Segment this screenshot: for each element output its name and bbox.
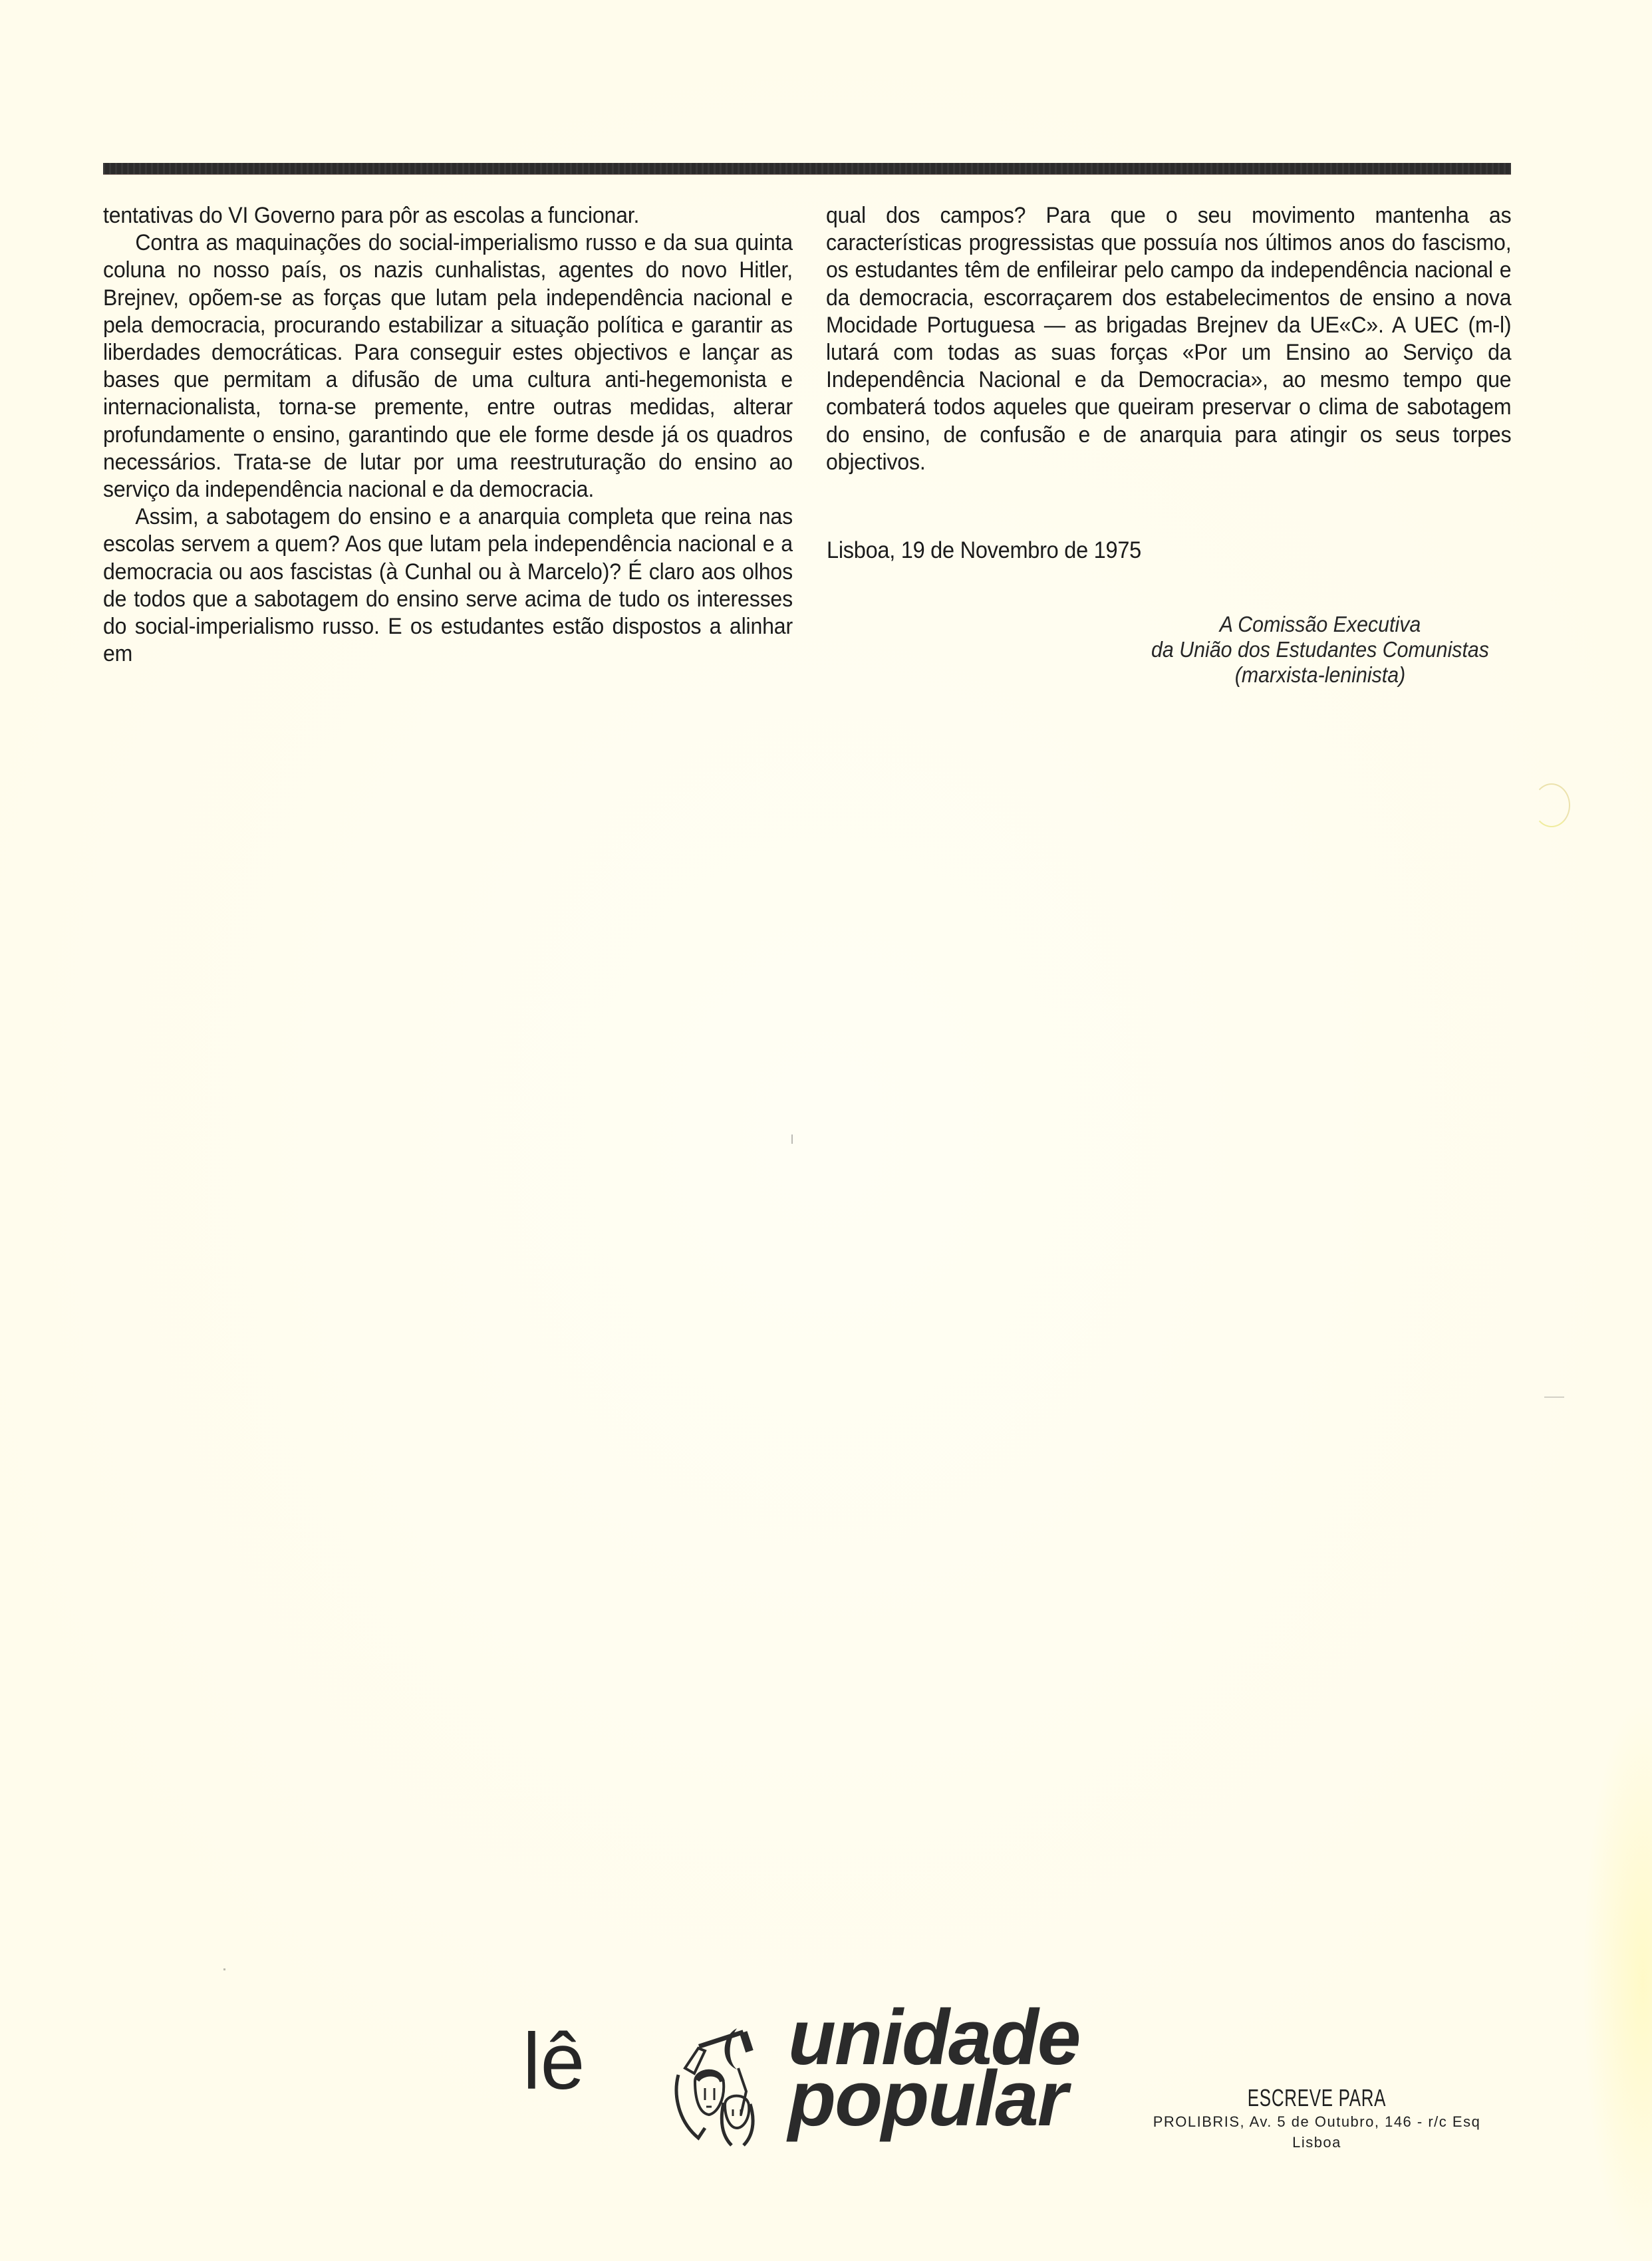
left-column: tentativas do VI Governo para pôr as esc…	[103, 202, 793, 668]
paragraph-3: Assim, a sabotagem do ensino e a anarqui…	[103, 503, 793, 668]
paragraph-4: qual dos campos? Para que o seu moviment…	[826, 202, 1511, 476]
scan-artifact	[1533, 783, 1570, 827]
scan-speck	[1544, 1396, 1564, 1398]
paragraph-1: tentativas do VI Governo para pôr as esc…	[103, 202, 793, 229]
read-label: lê	[523, 2022, 585, 2101]
contact-city: Lisboa	[1131, 2133, 1503, 2153]
contact-address: PROLIBRIS, Av. 5 de Outubro, 146 - r/c E…	[1131, 2111, 1503, 2133]
contact-block: ESCREVE PARA PROLIBRIS, Av. 5 de Outubro…	[1131, 2085, 1503, 2153]
scan-speck	[791, 1134, 793, 1144]
right-column: qual dos campos? Para que o seu moviment…	[826, 202, 1511, 476]
top-rule	[103, 163, 1511, 174]
logo-line-2: popular	[788, 2068, 1079, 2129]
paragraph-2: Contra as maquinações do social-imperial…	[103, 229, 793, 503]
signature-line-2: da União dos Estudantes Comunistas	[1097, 637, 1544, 662]
signature-line-3: (marxista-leninista)	[1097, 662, 1544, 688]
signature-line-1: A Comissão Executiva	[1097, 612, 1544, 637]
worker-with-hammer-and-sickle-icon	[658, 2022, 791, 2148]
signature: A Comissão Executiva da União dos Estuda…	[1097, 612, 1544, 688]
scan-speck	[223, 1968, 225, 1970]
contact-heading: ESCREVE PARA	[1182, 2085, 1450, 2111]
newspaper-logo: unidade popular	[788, 2007, 1079, 2129]
dateline: Lisboa, 19 de Novembro de 1975	[827, 537, 1141, 564]
